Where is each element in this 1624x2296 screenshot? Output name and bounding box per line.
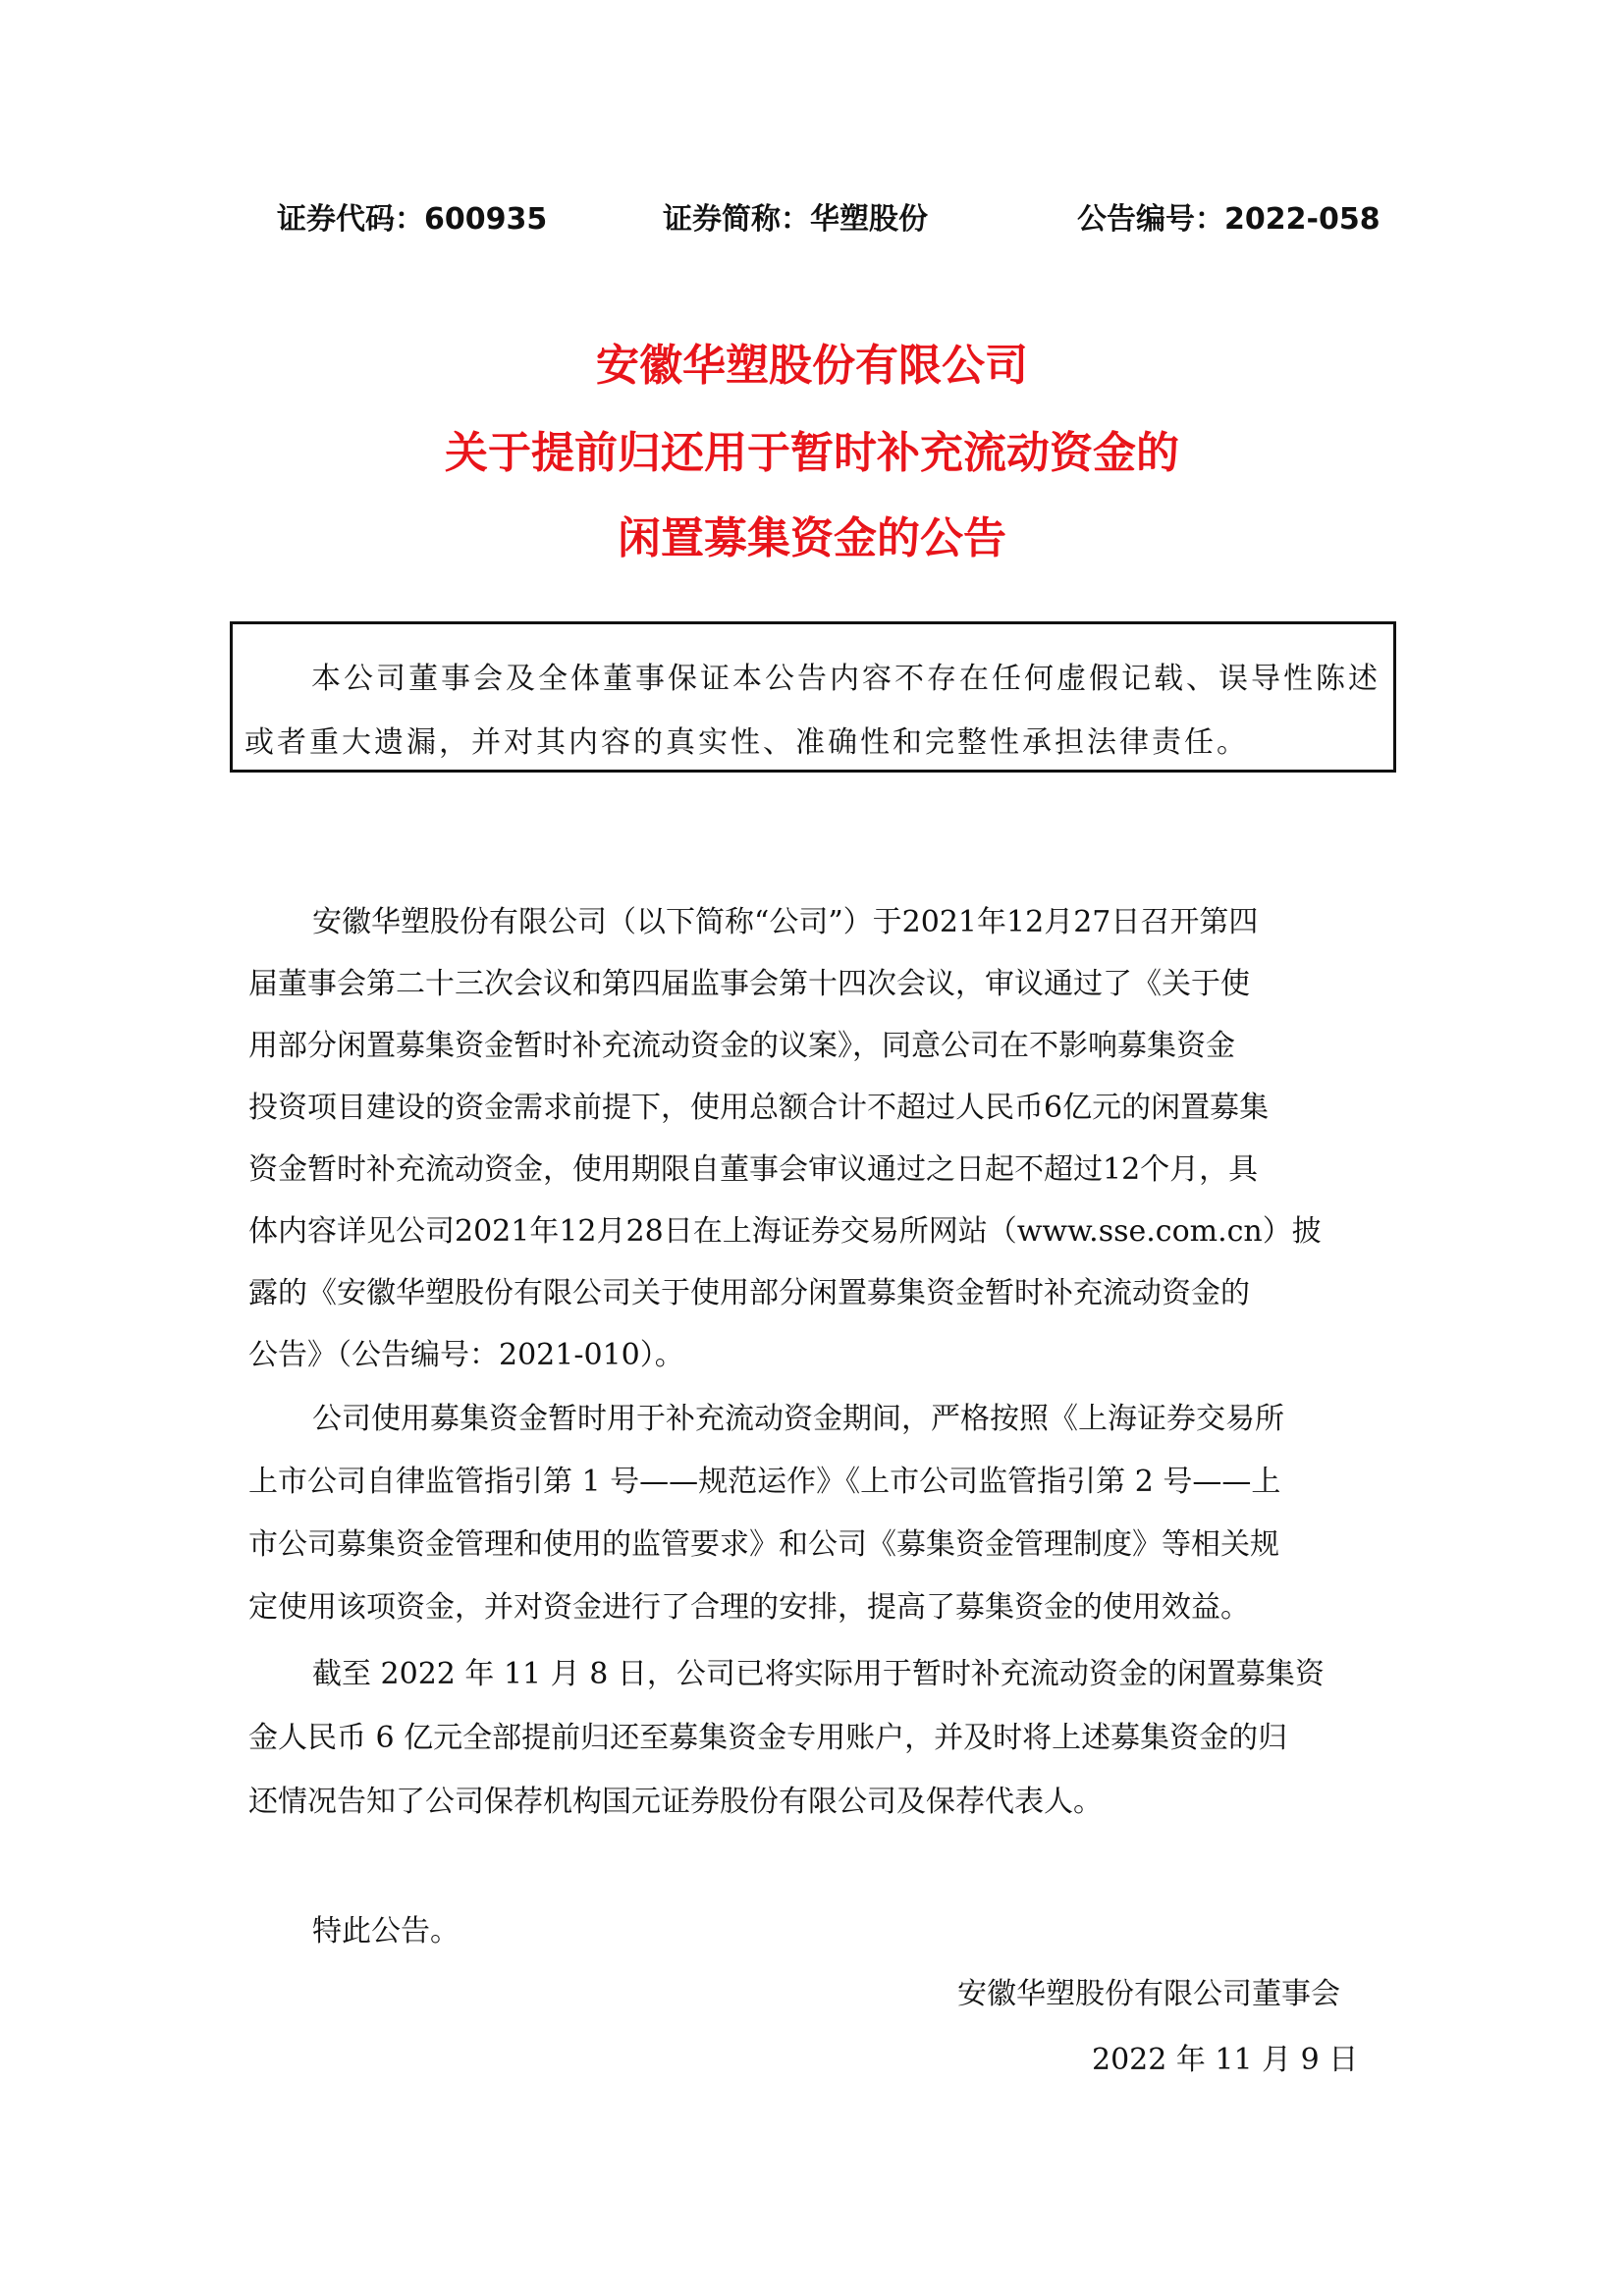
paragraph-2-line: 上市公司自律监管指引第 1 号——规范运作》《上市公司监管指引第 2 号——上 <box>248 1457 1280 1500</box>
notice-line-1: 本公司董事会及全体董事保证本公告内容不存在任何虚假记载、误导性陈述 <box>311 654 1380 697</box>
announcement-number: 公告编号：2022-058 <box>1077 194 1380 238</box>
paragraph-3-line: 截至 2022 年 11 月 8 日，公司已将实际用于暂时补充流动资金的闲置募集… <box>312 1649 1325 1692</box>
stock-abbreviation: 证券简称：华塑股份 <box>663 194 928 238</box>
paragraph-1-line: 公告》（公告编号：2021-010）。 <box>248 1330 684 1373</box>
paragraph-2-line: 市公司募集资金管理和使用的监管要求》和公司《募集资金管理制度》等相关规 <box>248 1520 1279 1563</box>
paragraph-1-line: 露的《安徽华塑股份有限公司关于使用部分闲置募集资金暂时补充流动资金的 <box>248 1268 1250 1311</box>
paragraph-1-line: 投资项目建设的资金需求前提下，使用总额合计不超过人民币6亿元的闲置募集 <box>248 1083 1269 1126</box>
document-header: 证券代码：600935 证券简称：华塑股份 公告编号：2022-058 <box>245 194 1384 243</box>
paragraph-1-line: 用部分闲置募集资金暂时补充流动资金的议案》，同意公司在不影响募集资金 <box>248 1021 1235 1064</box>
paragraph-1-line: 资金暂时补充流动资金，使用期限自董事会审议通过之日起不超过12个月，具 <box>248 1145 1258 1188</box>
notice-line-2: 或者重大遗漏，并对其内容的真实性、准确性和完整性承担法律责任。 <box>244 718 1249 761</box>
paragraph-1-line: 体内容详见公司2021年12月28日在上海证券交易所网站（www.sse.com… <box>248 1206 1322 1250</box>
paragraph-1-line: 届董事会第二十三次会议和第四届监事会第十四次会议，审议通过了《关于使 <box>248 959 1250 1002</box>
paragraph-3-line: 金人民币 6 亿元全部提前归还至募集资金专用账户，并及时将上述募集资金的归 <box>248 1713 1287 1756</box>
title-line-3: 闲置募集资金的公告 <box>0 503 1624 565</box>
paragraph-2-line: 公司使用募集资金暂时用于补充流动资金期间，严格按照《上海证券交易所 <box>312 1394 1284 1437</box>
signature-issuer: 安徽华塑股份有限公司董事会 <box>957 1969 1340 2012</box>
title-company: 安徽华塑股份有限公司 <box>0 330 1624 393</box>
closing-statement: 特此公告。 <box>312 1906 460 1949</box>
paragraph-1-line: 安徽华塑股份有限公司（以下简称“公司”）于2021年12月27日召开第四 <box>312 897 1258 940</box>
stock-code: 证券代码：600935 <box>277 194 547 238</box>
signature-date: 2022 年 11 月 9 日 <box>1092 2035 1358 2078</box>
paragraph-3-line: 还情况告知了公司保荐机构国元证券股份有限公司及保荐代表人。 <box>248 1777 1103 1820</box>
board-guarantee-notice-box: 本公司董事会及全体董事保证本公告内容不存在任何虚假记载、误导性陈述 或者重大遗漏… <box>230 621 1396 773</box>
announcement-page: 证券代码：600935 证券简称：华塑股份 公告编号：2022-058 安徽华塑… <box>0 0 1624 2296</box>
paragraph-2-line: 定使用该项资金，并对资金进行了合理的安排，提高了募集资金的使用效益。 <box>248 1582 1250 1626</box>
title-line-2: 关于提前归还用于暂时补充流动资金的 <box>0 417 1624 480</box>
